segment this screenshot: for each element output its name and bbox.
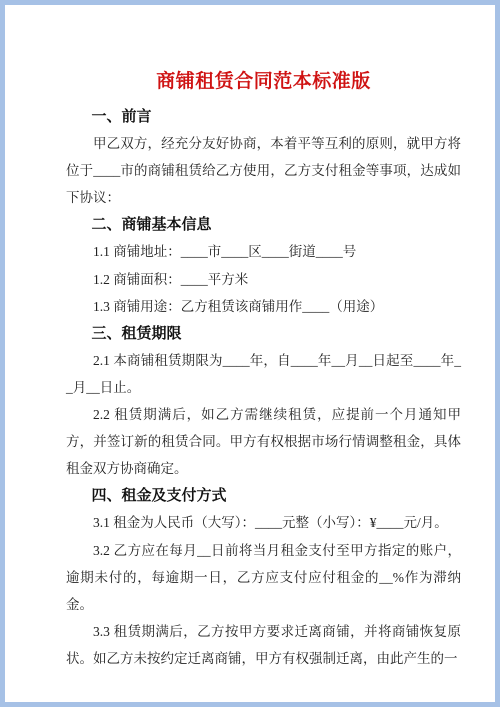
paragraph: 3.1 租金为人民币（大写）：____元整（小写）：¥____元/月。 (66, 509, 461, 536)
paragraph: 2.2 租赁期满后，如乙方需继续租赁，应提前一个月通知甲方，并签订新的租赁合同。… (66, 401, 461, 482)
paragraph: 1.1 商铺地址：____市____区____街道____号 (66, 238, 461, 265)
contract-document: 商铺租赁合同范本标准版 一、前言 甲乙双方，经充分友好协商，本着平等互利的原则，… (5, 5, 495, 702)
paragraph: 3.3 租赁期满后，乙方按甲方要求迁离商铺，并将商铺恢复原状。如乙方未按约定迁离… (66, 618, 461, 672)
document-title: 商铺租赁合同范本标准版 (66, 69, 461, 95)
page-container: 商铺租赁合同范本标准版 一、前言 甲乙双方，经充分友好协商，本着平等互利的原则，… (0, 0, 500, 707)
paragraph: 3.2 乙方应在每月__日前将当月租金支付至甲方指定的账户，逾期未付的，每逾期一… (66, 537, 461, 618)
section-heading-rent-payment: 四、租金及支付方式 (66, 482, 461, 509)
section-heading-preface: 一、前言 (66, 103, 461, 130)
paragraph: 2.1 本商铺租赁期限为____年，自____年__月__日起至____年__月… (66, 347, 461, 401)
paragraph: 甲乙双方，经充分友好协商，本着平等互利的原则，就甲方将位于____市的商铺租赁给… (66, 130, 461, 211)
paragraph: 1.2 商铺面积：____平方米 (66, 266, 461, 293)
paragraph: 1.3 商铺用途：乙方租赁该商铺用作____（用途） (66, 293, 461, 320)
section-heading-shop-info: 二、商铺基本信息 (66, 211, 461, 238)
section-heading-lease-term: 三、租赁期限 (66, 320, 461, 347)
